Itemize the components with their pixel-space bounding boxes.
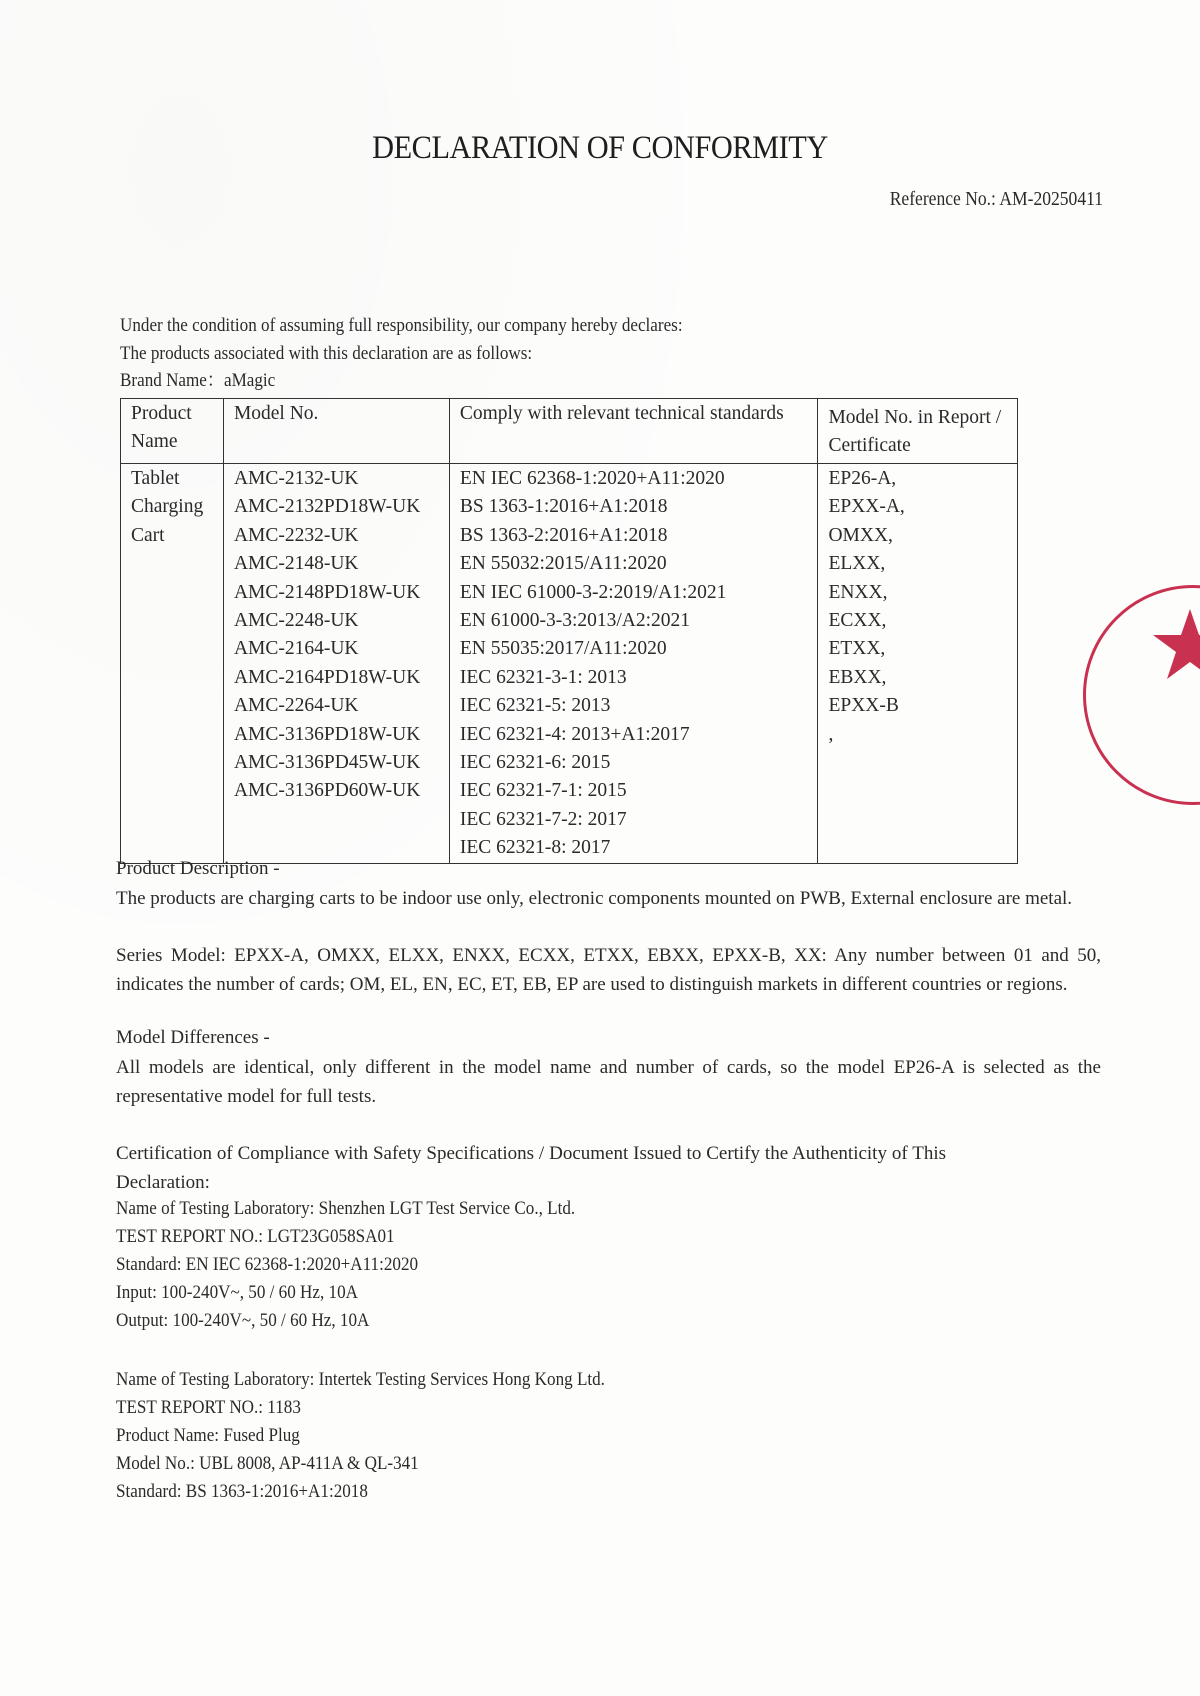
technical-standard: IEC 62321-7-2: 2017 [460, 806, 808, 834]
model-number: AMC-3136PD18W-UK [234, 721, 439, 749]
technical-standard: EN 55032:2015/A11:2020 [460, 550, 808, 578]
certification-heading: Certification of Compliance with Safety … [116, 1140, 946, 1197]
technical-standard: EN IEC 61000-3-2:2019/A1:2021 [460, 579, 808, 607]
report-model-number: EPXX-B [828, 692, 1007, 720]
product-description-text: The products are charging carts to be in… [116, 885, 1101, 914]
model-number: AMC-2264-UK [234, 692, 439, 720]
technical-standard: BS 1363-1:2016+A1:2018 [460, 493, 808, 521]
lab1-standard: Standard: EN IEC 62368-1:2020+A11:2020 [116, 1251, 418, 1279]
table-header-row: Product Name Model No. Comply with relev… [121, 399, 1018, 464]
technical-standard: IEC 62321-6: 2015 [460, 749, 808, 777]
lab1-report-no: TEST REPORT NO.: LGT23G058SA01 [116, 1223, 395, 1251]
model-number: AMC-2164-UK [234, 635, 439, 663]
conformity-table: Product Name Model No. Comply with relev… [120, 398, 1018, 864]
technical-standard: EN 61000-3-3:2013/A2:2021 [460, 607, 808, 635]
page-title: DECLARATION OF CONFORMITY [48, 130, 1152, 167]
model-number: AMC-2248-UK [234, 607, 439, 635]
technical-standard: BS 1363-2:2016+A1:2018 [460, 522, 808, 550]
technical-standard: IEC 62321-3-1: 2013 [460, 664, 808, 692]
report-model-number: , [828, 721, 1007, 749]
model-differences-text: All models are identical, only different… [116, 1054, 1101, 1111]
brand-name: Brand Name：aMagic [120, 367, 275, 395]
header-standards: Comply with relevant technical standards [449, 399, 818, 464]
technical-standard: IEC 62321-7-1: 2015 [460, 777, 808, 805]
model-number: AMC-2232-UK [234, 522, 439, 550]
technical-standard: IEC 62321-5: 2013 [460, 692, 808, 720]
header-report-model: Model No. in Report / Certificate [818, 399, 1018, 464]
model-number: AMC-3136PD45W-UK [234, 749, 439, 777]
model-number: AMC-2148-UK [234, 550, 439, 578]
lab1-name: Name of Testing Laboratory: Shenzhen LGT… [116, 1195, 575, 1223]
lab2-model-no: Model No.: UBL 8008, AP-411A & QL-341 [116, 1450, 419, 1478]
intro-products: The products associated with this declar… [120, 340, 532, 368]
model-number: AMC-2164PD18W-UK [234, 664, 439, 692]
report-model-number: ELXX, [828, 550, 1007, 578]
product-name-line: Cart [131, 522, 213, 550]
product-name-line: Tablet [131, 465, 213, 493]
header-model-no: Model No. [223, 399, 449, 464]
report-model-number: ECXX, [828, 607, 1007, 635]
report-model-number: ENXX, [828, 579, 1007, 607]
lab1-output: Output: 100-240V~, 50 / 60 Hz, 10A [116, 1307, 369, 1335]
report-models-cell: EP26-A,EPXX-A,OMXX,ELXX,ENXX,ECXX,ETXX,E… [818, 464, 1018, 864]
lab2-report-no: TEST REPORT NO.: 1183 [116, 1394, 301, 1422]
report-model-number: ETXX, [828, 635, 1007, 663]
lab2-name: Name of Testing Laboratory: Intertek Tes… [116, 1366, 605, 1394]
intro-declaration: Under the condition of assuming full res… [120, 312, 683, 340]
lab2-standard: Standard: BS 1363-1:2016+A1:2018 [116, 1478, 368, 1506]
report-model-number: EP26-A, [828, 465, 1007, 493]
technical-standard: IEC 62321-4: 2013+A1:2017 [460, 721, 808, 749]
header-product-name: Product Name [121, 399, 224, 464]
series-model-text: Series Model: EPXX-A, OMXX, ELXX, ENXX, … [116, 942, 1101, 999]
model-differences-heading: Model Differences - [116, 1024, 1101, 1053]
model-number: AMC-2132PD18W-UK [234, 493, 439, 521]
report-model-number: EPXX-A, [828, 493, 1007, 521]
report-model-number: OMXX, [828, 522, 1007, 550]
product-name-cell: TabletChargingCart [121, 464, 224, 864]
product-name-line: Charging [131, 493, 213, 521]
model-list-cell: AMC-2132-UKAMC-2132PD18W-UKAMC-2232-UKAM… [223, 464, 449, 864]
lab2-product-name: Product Name: Fused Plug [116, 1422, 300, 1450]
seal-star-icon [1150, 605, 1200, 685]
reference-number: Reference No.: AM-20250411 [890, 189, 1103, 211]
model-number: AMC-2132-UK [234, 465, 439, 493]
lab1-input: Input: 100-240V~, 50 / 60 Hz, 10A [116, 1279, 358, 1307]
table-row: TabletChargingCart AMC-2132-UKAMC-2132PD… [121, 464, 1018, 864]
technical-standard: EN 55035:2017/A11:2020 [460, 635, 808, 663]
model-number: AMC-3136PD60W-UK [234, 777, 439, 805]
report-model-number: EBXX, [828, 664, 1007, 692]
technical-standard: EN IEC 62368-1:2020+A11:2020 [460, 465, 808, 493]
product-description-heading: Product Description - [116, 855, 1101, 884]
model-number: AMC-2148PD18W-UK [234, 579, 439, 607]
standards-list-cell: EN IEC 62368-1:2020+A11:2020BS 1363-1:20… [449, 464, 818, 864]
